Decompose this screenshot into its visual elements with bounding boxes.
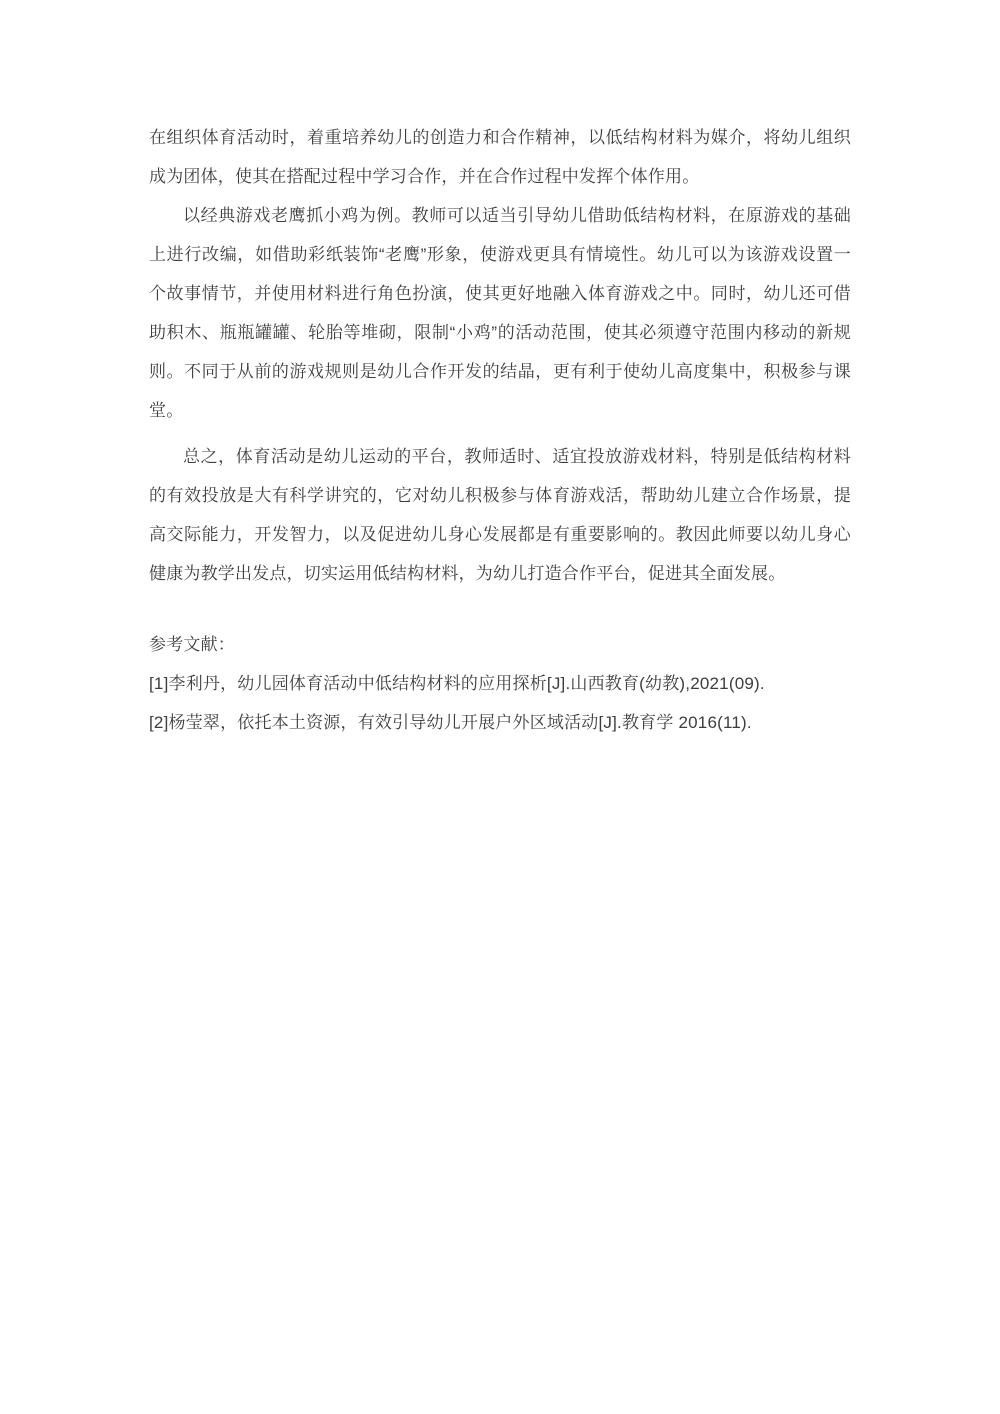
body-paragraph-2: 以经典游戏老鹰抓小鸡为例。教师可以适当引导幼儿借助低结构材料，在原游戏的基础 上…	[149, 196, 851, 430]
body-paragraph-3: 总之，体育活动是幼儿运动的平台，教师适时、适宜投放游戏材料，特别是低结构材料 的…	[149, 437, 851, 593]
text-line: 上进行改编，如借助彩纸装饰“老鹰”形象，使游戏更具有情境性。幼儿可以为该游戏设置…	[149, 235, 851, 274]
text-line: 则。不同于从前的游戏规则是幼儿合作开发的结晶，更有利于使幼儿高度集中，积极参与课	[149, 352, 851, 391]
text-line: 个故事情节，并使用材料进行角色扮演，使其更好地融入体育游戏之中。同时，幼儿还可借	[149, 274, 851, 313]
reference-item: [1]李利丹，幼儿园体育活动中低结构材料的应用探析[J].山西教育(幼教),20…	[149, 664, 851, 703]
text-line: 健康为教学出发点，切实运用低结构材料，为幼儿打造合作平台，促进其全面发展。	[149, 554, 851, 593]
references-section: 参考文献： [1]李利丹，幼儿园体育活动中低结构材料的应用探析[J].山西教育(…	[149, 625, 851, 742]
text-line: 助积木、瓶瓶罐罐、轮胎等堆砌，限制“小鸡”的活动范围，使其必须遵守范围内移动的新…	[149, 313, 851, 352]
document-page: 在组织体育活动时，着重培养幼儿的创造力和合作精神，以低结构材料为媒介，将幼儿组织…	[0, 0, 1000, 1414]
text-line: 高交际能力，开发智力，以及促进幼儿身心发展都是有重要影响的。教因此师要以幼儿身心	[149, 515, 851, 554]
references-heading: 参考文献：	[149, 625, 851, 664]
text-line: 堂。	[149, 391, 851, 430]
text-line: 总之，体育活动是幼儿运动的平台，教师适时、适宜投放游戏材料，特别是低结构材料	[149, 437, 851, 476]
document-body: 在组织体育活动时，着重培养幼儿的创造力和合作精神，以低结构材料为媒介，将幼儿组织…	[149, 118, 851, 742]
text-line: 在组织体育活动时，着重培养幼儿的创造力和合作精神，以低结构材料为媒介，将幼儿组织	[149, 118, 851, 157]
text-line: 的有效投放是大有科学讲究的，它对幼儿积极参与体育游戏活，帮助幼儿建立合作场景，提	[149, 476, 851, 515]
text-line: 以经典游戏老鹰抓小鸡为例。教师可以适当引导幼儿借助低结构材料，在原游戏的基础	[149, 196, 851, 235]
text-line: 成为团体，使其在搭配过程中学习合作，并在合作过程中发挥个体作用。	[149, 157, 851, 196]
reference-item: [2]杨莹翠，依托本土资源，有效引导幼儿开展户外区域活动[J].教育学 2016…	[149, 703, 851, 742]
body-paragraph-1: 在组织体育活动时，着重培养幼儿的创造力和合作精神，以低结构材料为媒介，将幼儿组织…	[149, 118, 851, 196]
